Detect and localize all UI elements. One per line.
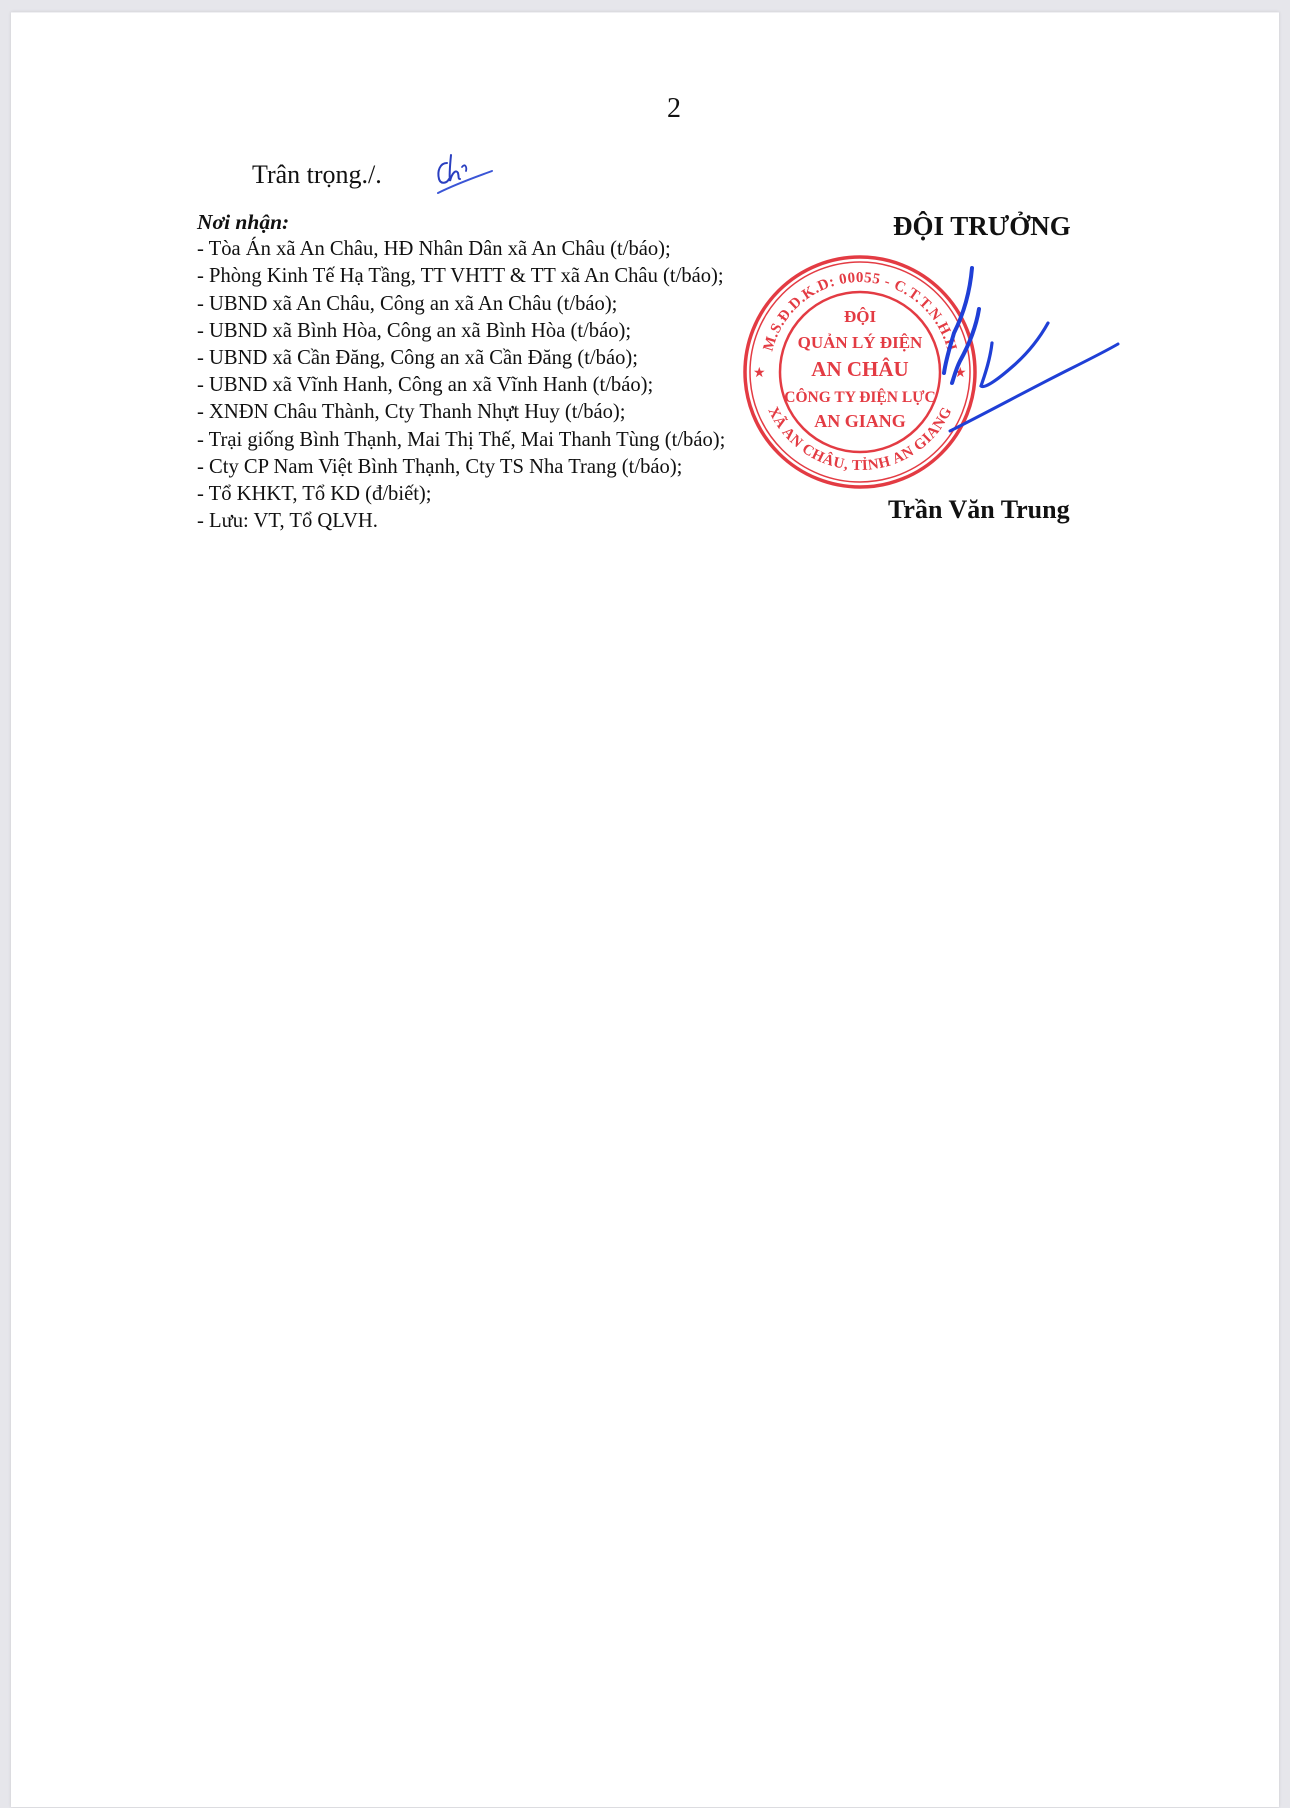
recipient-item: - UBND xã Vĩnh Hanh, Công an xã Vĩnh Han… bbox=[197, 372, 725, 399]
recipient-item: - XNĐN Châu Thành, Cty Thanh Nhựt Huy (t… bbox=[197, 399, 725, 426]
recipient-item: - UBND xã Bình Hòa, Công an xã Bình Hòa … bbox=[197, 318, 725, 345]
signer-title: ĐỘI TRƯỞNG bbox=[893, 209, 1071, 243]
initial-signature bbox=[420, 141, 520, 201]
recipient-item: - Tổ KHKT, Tổ KD (đ/biết); bbox=[197, 481, 725, 508]
recipient-item: - Cty CP Nam Việt Bình Thạnh, Cty TS Nha… bbox=[197, 454, 725, 481]
document-page: 2 Trân trọng./. Nơi nhận: - Tòa Án xã An… bbox=[11, 12, 1279, 1807]
recipient-item: - Lưu: VT, Tổ QLVH. bbox=[197, 508, 725, 535]
recipient-item: - Phòng Kinh Tế Hạ Tầng, TT VHTT & TT xã… bbox=[197, 263, 725, 290]
stamp-line: CÔNG TY ĐIỆN LỰC bbox=[784, 389, 935, 406]
handwritten-signature bbox=[920, 251, 1150, 451]
page-number: 2 bbox=[667, 93, 681, 125]
recipient-item: - UBND xã Cần Đăng, Công an xã Cần Đăng … bbox=[197, 345, 725, 372]
stamp-line: QUẢN LÝ ĐIỆN bbox=[798, 333, 923, 352]
stamp-line: AN CHÂU bbox=[811, 357, 908, 381]
stamp-line: AN GIANG bbox=[814, 411, 906, 431]
recipient-item: - UBND xã An Châu, Công an xã An Châu (t… bbox=[197, 291, 725, 318]
recipients-block: Nơi nhận: - Tòa Án xã An Châu, HĐ Nhân D… bbox=[197, 209, 725, 535]
recipient-item: - Tòa Án xã An Châu, HĐ Nhân Dân xã An C… bbox=[197, 236, 725, 263]
closing-phrase: Trân trọng./. bbox=[252, 157, 382, 193]
recipient-item: - Trại giống Bình Thạnh, Mai Thị Thế, Ma… bbox=[197, 427, 725, 454]
signer-name: Trần Văn Trung bbox=[888, 493, 1070, 527]
stamp-line: ĐỘI bbox=[844, 307, 877, 326]
recipients-heading: Nơi nhận: bbox=[197, 209, 725, 236]
star-icon: ★ bbox=[753, 366, 766, 381]
